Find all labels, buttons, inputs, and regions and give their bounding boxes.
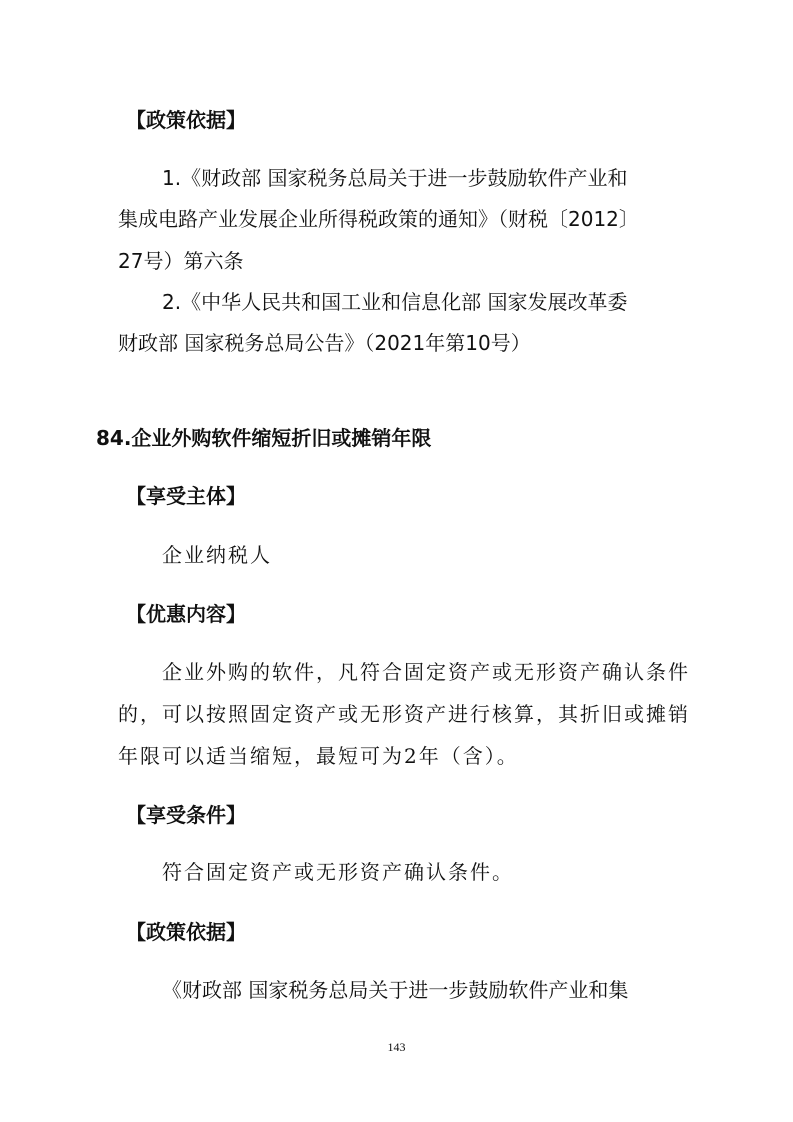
- benefit-content-line-2: 的，可以按照固定资产或无形资产进行核算，其折旧或摊销: [118, 702, 690, 726]
- item-84-title: 84.企业外购软件缩短折旧或摊销年限: [96, 426, 431, 450]
- beneficiary-heading: 【享受主体】: [126, 484, 246, 508]
- conditions-heading: 【享受条件】: [126, 803, 246, 827]
- policy-basis-heading-2: 【政策依据】: [126, 920, 246, 944]
- policy-basis-item-1-line-1: 1.《财政部 国家税务总局关于进一步鼓励软件产业和: [162, 166, 627, 190]
- policy-basis-item-2-line-1: 2.《中华人民共和国工业和信息化部 国家发展改革委: [162, 290, 627, 314]
- policy-basis-heading: 【政策依据】: [126, 108, 246, 132]
- policy-basis-2-line-1: 《财政部 国家税务总局关于进一步鼓励软件产业和集: [162, 978, 628, 1002]
- beneficiary-text: 企业纳税人: [162, 543, 272, 567]
- benefit-content-line-1: 企业外购的软件，凡符合固定资产或无形资产确认条件: [162, 660, 690, 684]
- page-number: 143: [0, 1040, 793, 1055]
- benefit-content-line-3: 年限可以适当缩短，最短可为2年（含）。: [118, 744, 519, 768]
- policy-basis-item-1-line-2: 集成电路产业发展企业所得税政策的通知》（财税〔2012〕: [118, 207, 639, 231]
- conditions-text: 符合固定资产或无形资产确认条件。: [162, 860, 514, 884]
- benefit-content-heading: 【优惠内容】: [126, 602, 246, 626]
- policy-basis-item-1-line-3: 27号）第六条: [118, 249, 243, 273]
- policy-basis-item-2-line-2: 财政部 国家税务总局公告》（2021年第10号）: [118, 331, 531, 355]
